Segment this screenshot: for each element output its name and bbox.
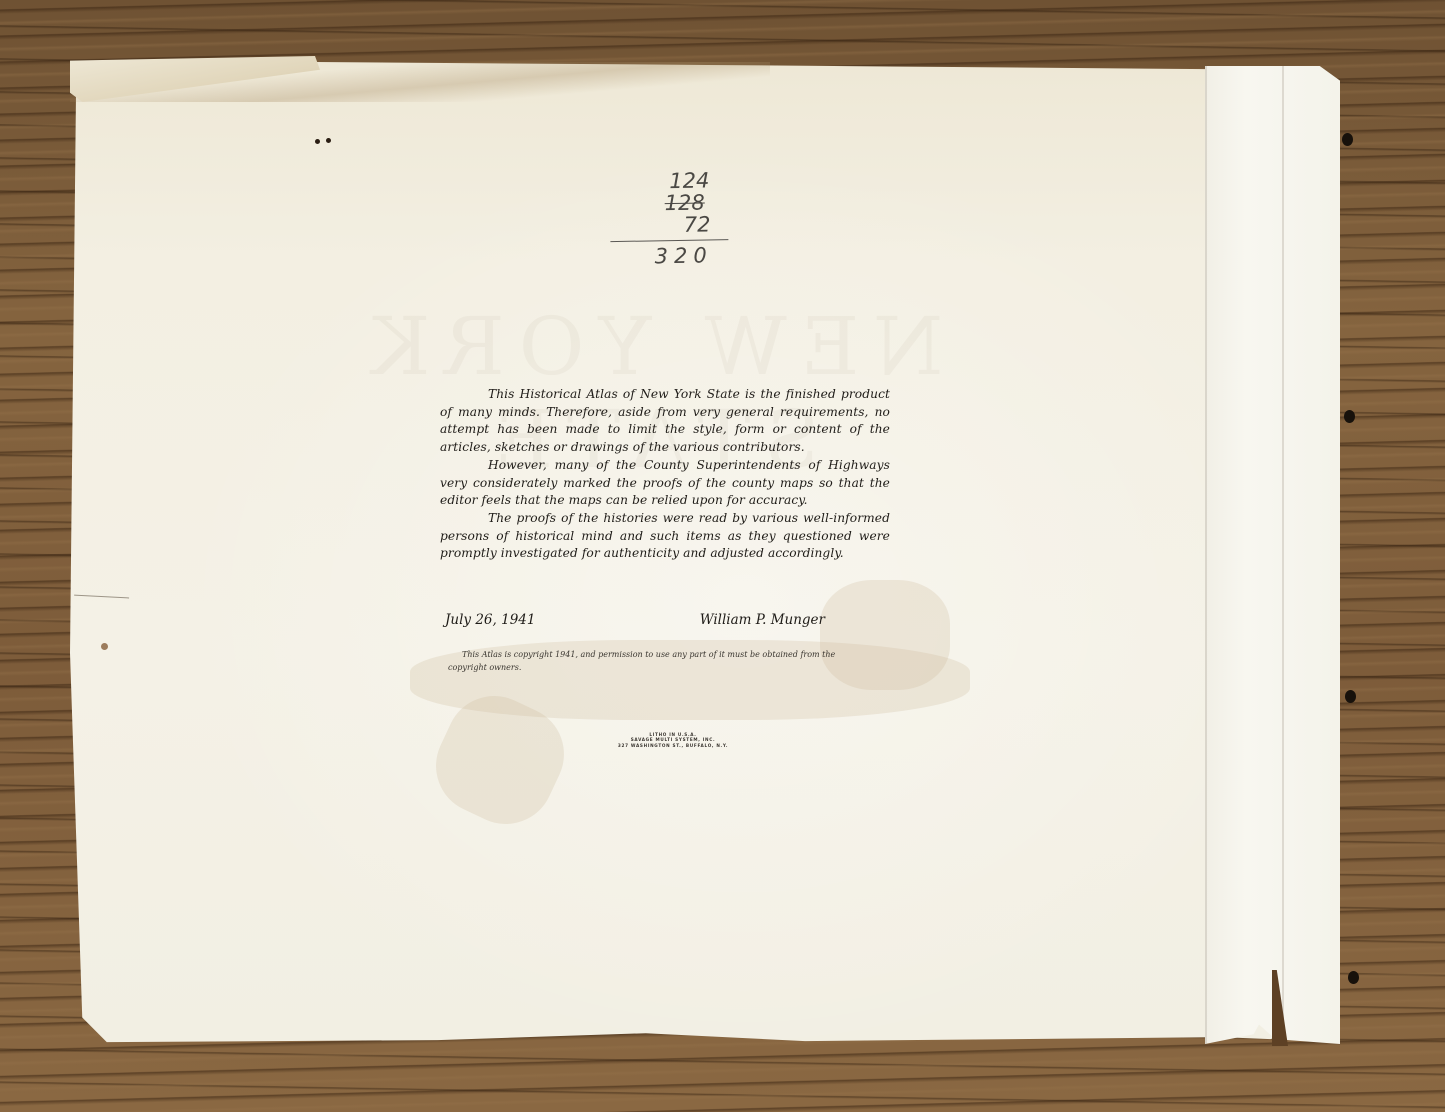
signature-row: July 26, 1941 William P. Munger <box>445 612 825 628</box>
binding-strip <box>1205 66 1340 1044</box>
printer-credit: LITHO IN U.S.A. SAVAGE MULTI SYSTEM, INC… <box>608 732 738 748</box>
punch-hole-icon <box>1348 971 1359 984</box>
note-paragraph: The proofs of the histories were read by… <box>440 510 890 563</box>
punch-hole-icon <box>1345 690 1356 703</box>
editor-signature: William P. Munger <box>700 612 825 628</box>
paper-spot <box>326 138 331 143</box>
fold-line <box>1282 66 1284 1044</box>
note-paragraph: However, many of the County Superintende… <box>440 457 890 510</box>
copyright-notice: This Atlas is copyright 1941, and permis… <box>448 648 848 674</box>
tally-line: 128 <box>610 191 740 215</box>
note-date: July 26, 1941 <box>445 612 535 628</box>
tally-line: 124 <box>609 169 739 193</box>
punch-hole-icon <box>1342 133 1353 146</box>
punch-hole-icon <box>1344 410 1355 423</box>
tally-rule <box>610 239 728 242</box>
paper-spot <box>315 139 320 144</box>
paper-spot <box>101 643 108 650</box>
editor-note: This Historical Atlas of New York State … <box>440 386 890 563</box>
tally-total: 320 <box>610 244 740 268</box>
note-paragraph: This Historical Atlas of New York State … <box>440 386 890 457</box>
pencil-tally: 124 128 72 320 <box>609 169 741 268</box>
printer-line: 327 WASHINGTON ST., BUFFALO, N.Y. <box>608 743 738 748</box>
fold-line <box>1205 66 1207 1044</box>
tally-line: 72 <box>610 213 740 237</box>
